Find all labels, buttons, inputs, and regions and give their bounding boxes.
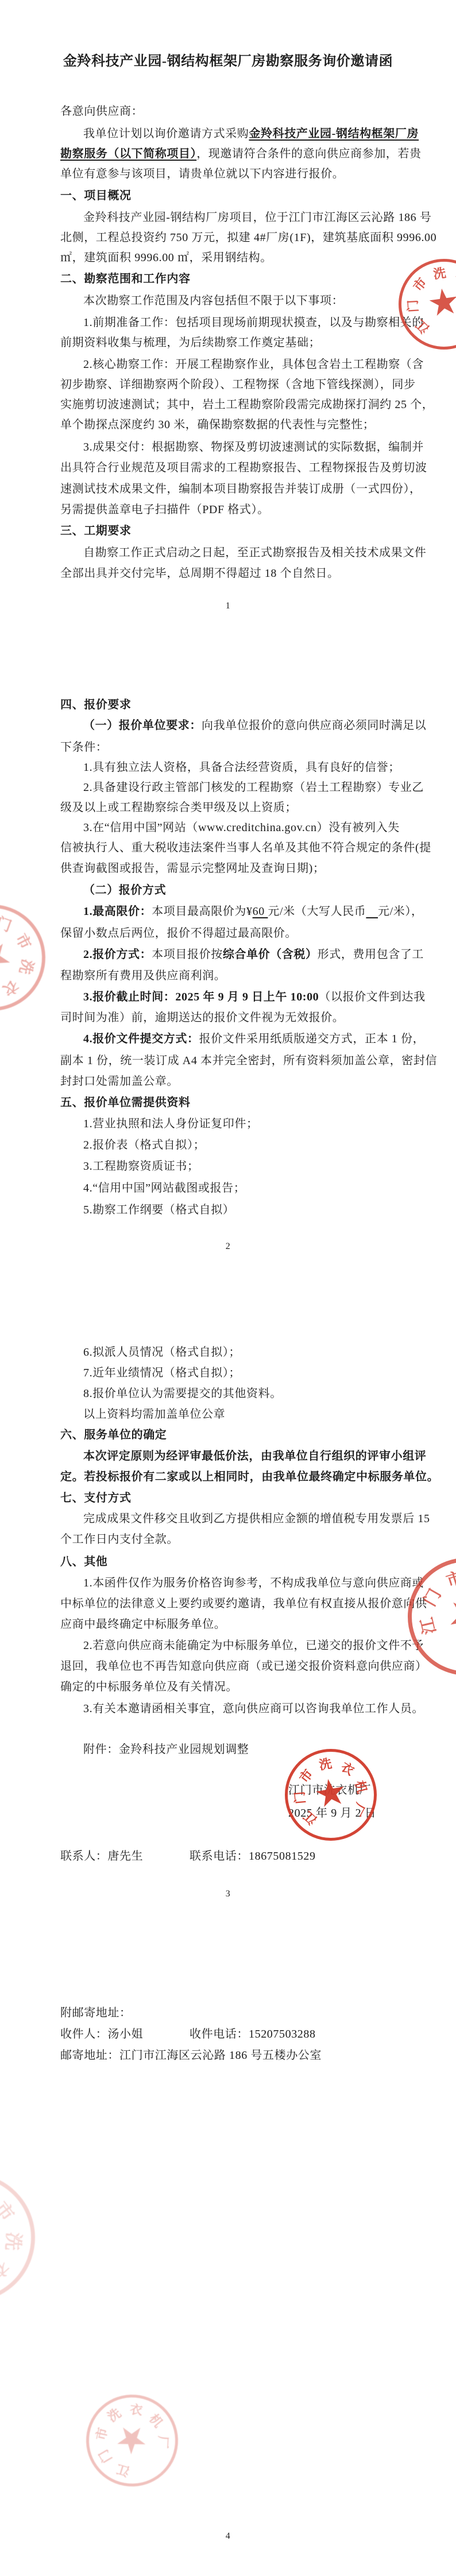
issuer-name: 江门市洗衣机厂	[288, 1784, 371, 1797]
text-line: 速测试技术成果文件，编制本项目勘察报告并装订成册（一式四份），	[60, 483, 422, 496]
text-line: 三、工期要求	[60, 525, 132, 538]
text-line: 1.本函件仅作为服务价格咨询参考，不构成我单位与意向供应商或	[83, 1577, 424, 1590]
text-line: 3.成果交付：根据勘察、物探及剪切波速测试的实际数据，编制并	[83, 441, 424, 454]
text-line: 确定的中标服务单位及有关情况。	[60, 1681, 238, 1694]
text-line: 八、其他	[60, 1555, 107, 1569]
seal-arc-char: 厂	[154, 2435, 173, 2449]
star-icon: ★	[425, 282, 456, 323]
text-line: 3.有关本邀请函相关事宜，意向供应商可以咨询我单位工作人员。	[83, 1702, 424, 1716]
seal-arc-char: 市	[295, 1765, 316, 1786]
text-line: 实施剪切波速测试；其中，岩土工程勘察阶段需完成勘探打洞约 25 个，	[60, 398, 434, 412]
text-line: 退回，我单位也不再告知意向供应商（或已递交报价资料意向供应商）	[60, 1660, 427, 1673]
text-line: 副本 1 份，统一装订成 A4 本并完全密封，所有资料须加盖公章，密封信	[60, 1054, 437, 1068]
seal-arc-char: 洗	[1, 2231, 29, 2252]
text-line: 1.最高限价：本项目最高限价为¥60 元/米（大写人民币 元/米），	[83, 905, 423, 918]
text-line: 1.营业执照和法人身份证复印件；	[83, 1118, 258, 1131]
text-line: 北侧，工程总投资约 750 万元，拟建 4#厂房(1F)，建筑基底面积 9996…	[60, 231, 436, 245]
text-line: 2.若意向供应商未能确定为中标服务单位，已递交的报价文件不予	[83, 1639, 424, 1652]
text-line: 定。若投标报价有二家或以上相同时，由我单位最终确定中标服务单位。	[60, 1471, 439, 1484]
seal-arc-char: 衣	[0, 975, 24, 1001]
text-line: 个工作日内支付全款。	[60, 1533, 179, 1546]
text-line: 完成成果文件移交且收到乙方提供相应金额的增值税专用发票后 15	[83, 1512, 430, 1526]
text-line: 六、服务单位的确定	[60, 1429, 167, 1442]
text-line: 6.拟派人员情况（格式自拟）；	[83, 1346, 241, 1359]
seal-ring	[0, 2167, 40, 2307]
seal-arc-char: 江	[414, 1615, 440, 1636]
text-line: 单个勘探点深度约 30 米，确保勘察数据的代表性与完整性；	[60, 418, 374, 432]
text-line: 4.报价文件提交方式：报价文件采用纸质版递交方式，正本 1 份，	[83, 1033, 424, 1046]
page-number: 1	[0, 601, 456, 611]
text-line: 出具符合行业规范及项目需求的工程勘察报告、工程物探报告及剪切波	[60, 461, 427, 475]
text-line: 金羚科技产业园-钢结构厂房项目，位于江门市江海区云沁路 186 号	[83, 211, 431, 224]
text-line: 1.前期准备工作：包括项目现场前期现状摸查，以及与勘察相关的	[83, 316, 424, 329]
text-line: 下条件：	[60, 741, 107, 754]
seal-arc-char: 衣	[129, 2400, 144, 2419]
seal-arc-char: 市	[0, 2195, 21, 2225]
seal-arc-char: 洗	[104, 2404, 125, 2426]
text-line: 应商中最终确定中标服务单位。	[60, 1618, 226, 1631]
text-line: 七、支付方式	[60, 1492, 132, 1505]
seal-arc-char: 市	[443, 1564, 456, 1592]
contact-person: 联系人：唐先生	[60, 1850, 143, 1863]
seal-arc-char: 门	[403, 299, 422, 313]
text-line: ㎡，建筑面积 9996.00 ㎡，采用钢结构。	[60, 251, 272, 265]
page-number: 4	[0, 2531, 456, 2542]
recipient-phone: 收件电话：15207503288	[190, 2028, 316, 2041]
seal-arc-char: 洗	[15, 957, 39, 977]
text-line: 2.核心勘察工作：开展工程勘察作业，具体包含岩土工程勘察（含	[83, 358, 424, 371]
text-line: 五、报价单位需提供资料	[60, 1096, 191, 1109]
text-line: 3.报价截止时间：2025 年 9 月 9 日上午 10:00（以报价文件到达我	[83, 991, 426, 1004]
text-line: 另需提供盖章电子扫描件（PDF 格式）。	[60, 503, 269, 517]
text-line: 自勘察工作正式启动之日起，至正式勘察报告及相关技术成果文件	[83, 546, 426, 560]
mailing-address: 邮寄地址：江门市江海区云沁路 186 号五楼办公室	[60, 2049, 322, 2062]
seal-ghost-bottom-stamp-icon: ★江门市洗衣机厂	[68, 2377, 196, 2505]
text-line: 供查询截图或报告，需显示完整网址及查询日期)；	[60, 862, 324, 875]
seal-arc-char: 门	[94, 2446, 116, 2466]
attachment-line: 附件：金羚科技产业园规划调整	[83, 1743, 249, 1756]
seal-arc-char: 门	[0, 910, 15, 936]
text-line: 2.具备建设行政主管部门核发的工程勘察（岩土工程勘察）专业乙	[83, 781, 424, 794]
text-line: 2.报价方式：本项目报价按综合单价（含税）形式，费用包含了工	[83, 948, 424, 961]
text-line: 封封口处需加盖公章。	[60, 1075, 179, 1088]
seal-arc-char: 市	[11, 929, 37, 952]
text-line: 司时间为准）前，逾期送达的报价文件视为无效报价。	[60, 1011, 344, 1025]
document-page: 金羚科技产业园-钢结构框架厂房勘察服务询价邀请函各意向供应商：我单位计划以询价邀…	[0, 0, 456, 2576]
seal-arc-char: 衣	[0, 2255, 16, 2287]
seal-left-margin-stamp-icon: ★江门市洗衣机厂	[0, 893, 57, 1023]
seal-ghost-left-stamp-icon: ★江门市洗衣机厂	[0, 2167, 40, 2307]
text-line: 勘察服务（以下简称项目），现邀请符合条件的意向供应商参加，若贵	[60, 148, 422, 161]
text-line: 各意向供应商：	[60, 105, 143, 118]
text-line: 2.报价表（格式自拟）；	[83, 1139, 205, 1152]
text-line: 四、报价要求	[60, 699, 132, 712]
text-line: 信被执行人、重大税收违法案件当事人名单及其他不符合规定的条件(提	[60, 841, 431, 855]
text-line: 全部出具并交付完毕，总周期不得超过 18 个自然日。	[60, 567, 339, 580]
page-title: 金羚科技产业园-钢结构框架厂房勘察服务询价邀请函	[0, 54, 456, 70]
star-icon: ★	[0, 934, 19, 981]
star-icon: ★	[107, 2415, 156, 2464]
contact-phone: 联系电话：18675081529	[190, 1850, 316, 1863]
seal-ring	[0, 893, 57, 1023]
text-line: 8.报价单位认为需要提交的其他资料。	[83, 1387, 282, 1400]
star-icon: ★	[438, 1584, 456, 1644]
text-line: 一、项目概况	[60, 189, 132, 203]
text-line: 二、勘察范围和工作内容	[60, 273, 191, 286]
seal-arc-char: 衣	[338, 1758, 358, 1779]
seal-arc-char: 洗	[432, 263, 447, 283]
text-line: （二）报价方式	[83, 884, 166, 897]
text-line: 附邮寄地址：	[60, 2007, 132, 2020]
text-line: 3.工程勘察资质证书；	[83, 1160, 199, 1173]
text-line: 3.在“信用中国”网站（www.creditchina.gov.cn）没有被列入…	[83, 821, 400, 835]
text-line: 程勘察所有费用及供应商利润。	[60, 969, 226, 983]
seal-arc-char: 江	[114, 2461, 132, 2481]
text-line: 中标单位的法律意义上要约或要约邀请，我单位有权直接从报价意向供	[60, 1597, 427, 1611]
text-line: 我单位计划以询价邀请方式采购金羚科技产业园-钢结构框架厂房	[83, 127, 419, 141]
page-number: 2	[0, 1242, 456, 1252]
text-line: （一）报价单位要求：向我单位报价的意向供应商必须同时满足以	[83, 719, 426, 732]
text-line: 1.具有独立法人资格，具备合法经营资质，具有良好的信誉；	[83, 761, 400, 774]
seal-arc-char: 市	[408, 274, 430, 295]
page-number: 3	[0, 1889, 456, 1899]
text-line: 前期资料收集与梳理，为后续勘察工作奠定基础；	[60, 336, 320, 350]
text-line: 单位有意参与该项目，请贵单位就以下内容进行报价。	[60, 168, 344, 181]
issue-date: 2025 年 9 月 2 日	[288, 1807, 376, 1820]
text-line: 级及以上或工程勘察综合类甲级及以上资质；	[60, 801, 297, 814]
text-line: 4.“信用中国”网站截图或报告；	[83, 1182, 245, 1195]
seal-arc-char: 洗	[318, 1754, 333, 1774]
text-line: 7.近年业绩情况（格式自拟）；	[83, 1367, 241, 1380]
seal-arc-char: 机	[145, 2410, 167, 2431]
text-line: 5.勘察工作纲要（格式自拟）	[83, 1204, 234, 1217]
text-line: 初步勘察、详细勘察两个阶段）、工程物探（含地下管线探测），同步	[60, 378, 416, 391]
text-line: 以上资料均需加盖单位公章	[83, 1408, 225, 1421]
text-line: 保留小数点后两位，报价不得超过最高限价。	[60, 927, 297, 940]
text-line: 本次评定原则为经评审最低价法，由我单位自行组织的评审小组评	[83, 1450, 426, 1463]
recipient-line: 收件人：汤小姐	[60, 2028, 143, 2041]
text-line: 本次勘察工作范围及内容包括但不限于以下事项：	[83, 294, 343, 308]
seal-arc-char: 市	[91, 2426, 111, 2442]
seal-arc-char: 衣	[451, 267, 456, 289]
seal-ring	[68, 2377, 196, 2505]
seal-top-right-stamp-icon: ★江门市洗衣机厂	[393, 253, 456, 355]
seal-ring	[393, 253, 456, 355]
